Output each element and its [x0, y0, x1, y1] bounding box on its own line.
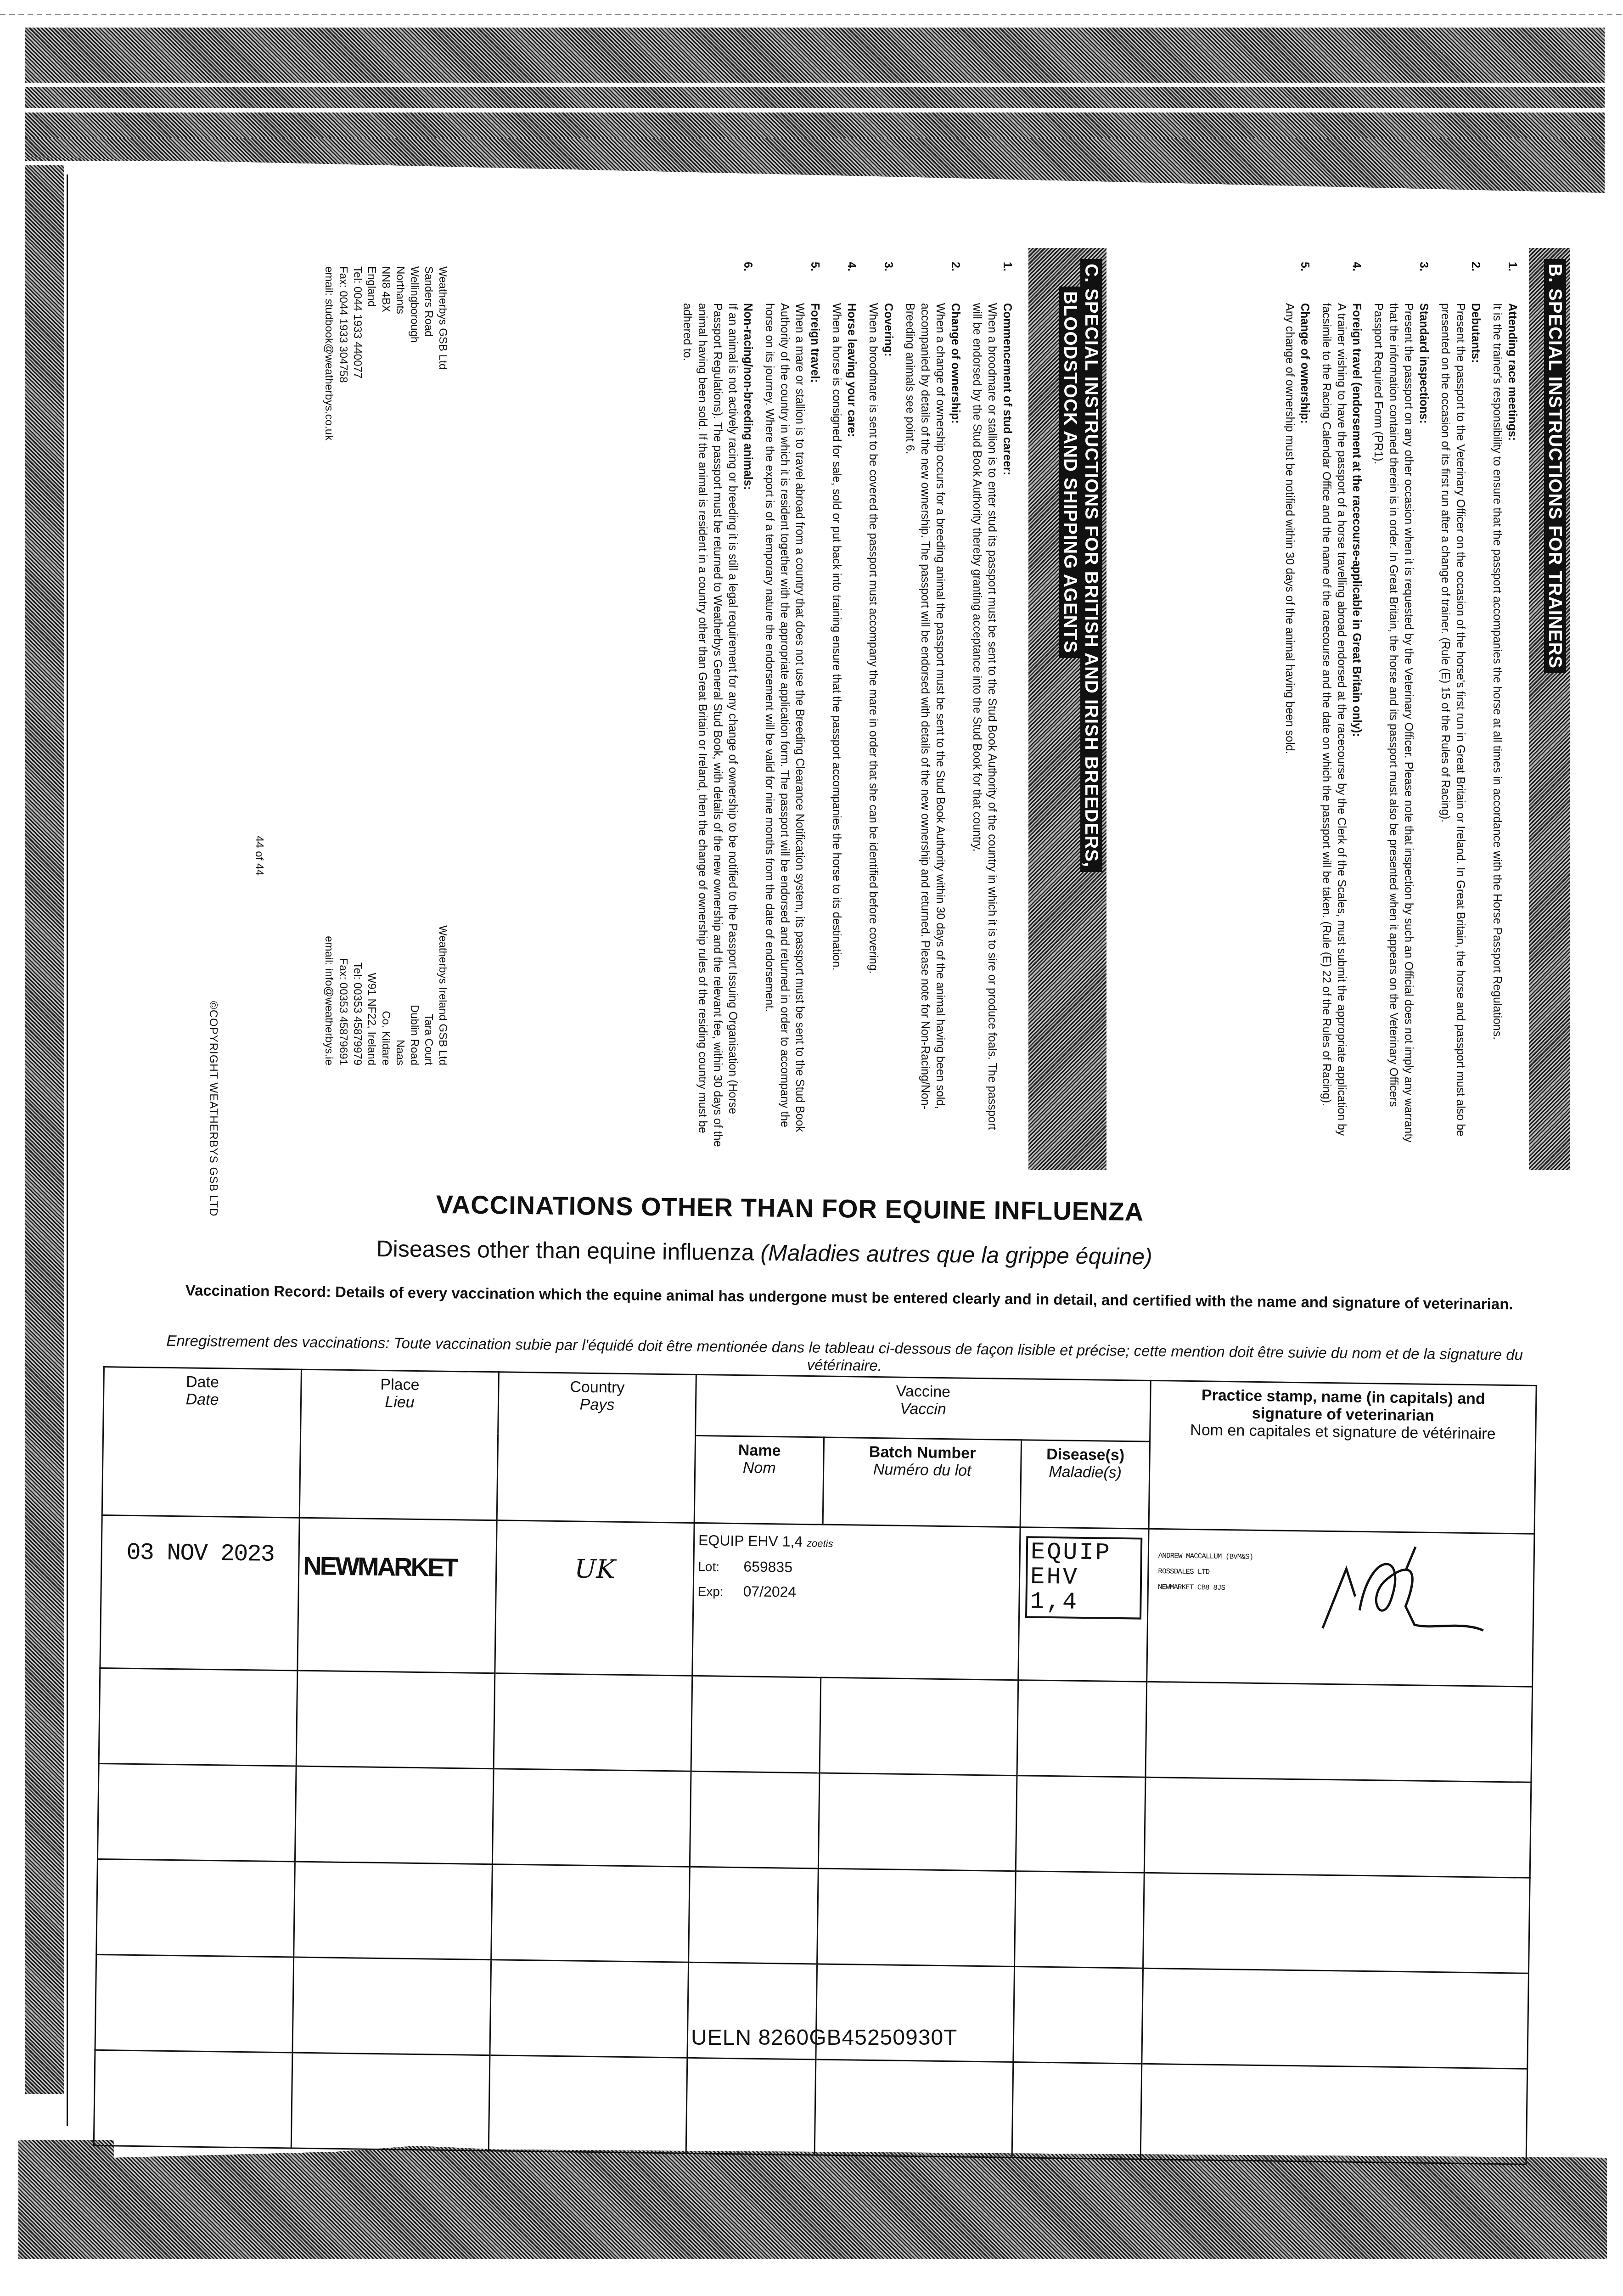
section-b-list: 1. Attending race meetings: It is the tr…: [1275, 248, 1520, 1148]
cell-place: [292, 1957, 491, 2055]
item-title: Covering:: [881, 303, 896, 1148]
item-title: Foreign travel:: [807, 303, 822, 1148]
stamp-line: ROSSDALES LTD: [1158, 1564, 1253, 1581]
item-body: A trainer wishing to have the passport o…: [1319, 303, 1349, 1148]
section-c-list: 1. Commencement of stud career: When a b…: [673, 248, 1015, 1148]
col-header-veterinarian: Practice stamp, name (in capitals) and s…: [1149, 1380, 1536, 1534]
cell-date: [97, 1763, 296, 1862]
item-body: When a change of ownership occurs for a …: [902, 303, 948, 1148]
section-b-item: 1. Attending race meetings: It is the tr…: [1489, 248, 1520, 1148]
cell-place: NEWMARKET: [298, 1518, 497, 1673]
vaccine-manufacturer: zoetis: [807, 1537, 833, 1549]
address-phone: Tel: 0044 1933 440077: [350, 266, 365, 440]
header-en: Batch Number: [828, 1443, 1016, 1463]
item-number: 1.: [1505, 262, 1520, 271]
cell-date: [95, 1954, 294, 2053]
address-line: Tara Court: [421, 891, 436, 1065]
item-body: Any change of ownership must be notified…: [1282, 303, 1297, 1148]
page-edge-line: [67, 174, 68, 2126]
cell-veterinarian: [1142, 1968, 1529, 2069]
vaccine-sticker: EQUIP EHV 1,4 zoetis Lot: 659835 Exp: 07…: [697, 1528, 1016, 1608]
item-body: When a broodmare or stallion is to enter…: [969, 303, 1000, 1148]
address-line: NN8 4BX: [379, 266, 393, 440]
vaccination-row: 03 NOV 2023 NEWMARKET UK EQUIP EHV 1,4 z…: [100, 1515, 1534, 1687]
rotated-instructions-page: B. SPECIAL INSTRUCTIONS FOR TRAINERS 1. …: [216, 248, 1570, 1189]
address-line: Co. Kildare: [379, 891, 393, 1065]
page-indicator: 44 of 44: [252, 836, 266, 876]
subtitle-fr: (Maladies autres que la grippe équine): [760, 1240, 1152, 1270]
header-en: Date: [108, 1372, 297, 1392]
cell-diseases: [1016, 1776, 1146, 1873]
vaccination-row-empty: [95, 1954, 1528, 2069]
section-c-item: 3. Covering: When a broodmare is sent to…: [865, 248, 896, 1148]
stamp-line: NEWMARKET CB8 8JS: [1158, 1579, 1253, 1596]
header-fr: Lieu: [385, 1393, 415, 1411]
section-b-title: B. SPECIAL INSTRUCTIONS FOR TRAINERS: [1544, 259, 1566, 673]
address-fax: Fax: 0044 1933 304758: [336, 266, 350, 440]
vaccination-row-empty: [94, 2050, 1527, 2164]
item-title: Non-racing/non-breeding animals:: [740, 303, 755, 1148]
item-title: Foreign travel (endorsement at the racec…: [1349, 303, 1364, 1148]
section-c-item: 4. Horse leaving your care: When a horse…: [829, 248, 859, 1148]
item-title: Change of ownership:: [948, 303, 963, 1148]
item-body: Present the passport to the Veterinary O…: [1438, 303, 1468, 1148]
item-title: Standard inspections:: [1416, 303, 1431, 1148]
col-header-vaccine: Vaccine Vaccin: [696, 1374, 1151, 1441]
cell-veterinarian: [1143, 1873, 1530, 1973]
vaccination-row-empty: [97, 1763, 1531, 1878]
cell-place: [291, 2053, 490, 2151]
cell-veterinarian: [1144, 1777, 1531, 1878]
header-fr: Numéro du lot: [873, 1461, 972, 1480]
item-number: 4.: [1349, 262, 1364, 271]
cell-diseases: [1012, 2062, 1142, 2160]
subtitle-en: Diseases other than equine influenza: [376, 1236, 754, 1266]
item-body: If an animal is not actively racing or b…: [680, 303, 740, 1148]
section-b-item: 4. Foreign travel (endorsement at the ra…: [1319, 248, 1364, 1148]
item-body: When a broodmare is sent to be covered t…: [865, 303, 881, 1148]
header-en: Name: [699, 1441, 819, 1460]
cell-vaccine-name: [689, 1867, 819, 1964]
cell-batch: [814, 2060, 1013, 2158]
cell-batch: [817, 1868, 1016, 1967]
cell-batch: [820, 1677, 1018, 1776]
cell-date: [99, 1668, 298, 1766]
item-body: It is the trainer's responsibility to en…: [1489, 303, 1505, 1148]
header-en: Country: [503, 1377, 691, 1397]
section-c-item: 1. Commencement of stud career: When a b…: [969, 248, 1015, 1148]
lot-number: 659835: [743, 1558, 792, 1575]
col-header-vaccine-name: Name Nom: [694, 1435, 824, 1525]
vaccinations-subtitle: Diseases other than equine influenza (Ma…: [376, 1235, 1152, 1270]
item-title: Commencement of stud career:: [1000, 303, 1015, 1148]
cell-vaccine-name-batch: EQUIP EHV 1,4 zoetis Lot: 659835 Exp: 07…: [692, 1523, 1020, 1680]
item-number: 3.: [1416, 262, 1431, 271]
practice-stamp: ANDREW MACCALLUM (BVM&S) ROSSDALES LTD N…: [1158, 1548, 1253, 1596]
section-c-item: 5. Foreign travel: When a mare or stalli…: [762, 248, 822, 1148]
veterinarian-signature: [1314, 1541, 1489, 1635]
cell-date: [94, 2050, 292, 2148]
header-fr: Nom: [743, 1459, 776, 1477]
vaccine-name: EQUIP EHV 1,4: [698, 1532, 803, 1550]
address-line: Sanders Road: [421, 266, 436, 440]
item-number: 5.: [807, 262, 822, 271]
cell-country: [491, 1864, 690, 1963]
cell-batch: [818, 1773, 1017, 1871]
cell-vaccine-name: [690, 1771, 820, 1868]
vaccination-row-empty: [99, 1668, 1532, 1782]
address-fax: Fax: 00353 45879691: [336, 891, 350, 1065]
address-line: Northants: [393, 266, 407, 440]
item-title: Horse leaving your care:: [844, 303, 859, 1148]
item-body: When a mare or stallion is to travel abr…: [762, 303, 807, 1148]
section-c-title-line1: C. SPECIAL INSTRUCTIONS FOR BRITISH AND …: [1080, 259, 1102, 872]
header-fr: Vaccin: [900, 1400, 946, 1418]
cell-diseases: [1013, 1967, 1143, 2064]
address-line: Weatherbys GSB Ltd: [436, 266, 450, 440]
address-line: Wellingborough: [407, 266, 421, 440]
item-number: 3.: [881, 262, 896, 271]
cell-vaccine-name: [691, 1676, 821, 1773]
cell-country: UK: [495, 1520, 694, 1676]
header-fr: Pays: [579, 1396, 614, 1414]
address-line: England: [365, 266, 379, 440]
copyright-notice: ©COPYRIGHT WEATHERBYS GSB LTD: [206, 1001, 220, 1216]
cell-veterinarian: ANDREW MACCALLUM (BVM&S) ROSSDALES LTD N…: [1147, 1529, 1534, 1687]
col-header-place: Place Lieu: [299, 1369, 499, 1520]
header-en: Disease(s): [1025, 1445, 1145, 1464]
item-title: Debutants:: [1468, 303, 1483, 1148]
section-b-item: 2. Debutants: Present the passport to th…: [1438, 248, 1483, 1148]
cell-place: [296, 1671, 495, 1769]
expiry-date: 07/2024: [743, 1583, 796, 1600]
col-header-batch-number: Batch Number Numéro du lot: [823, 1437, 1021, 1527]
cell-country: [492, 1769, 691, 1867]
cell-diseases: [1017, 1680, 1147, 1778]
cell-date: 03 NOV 2023: [100, 1515, 299, 1671]
cell-place: [294, 1862, 493, 1960]
section-c-item: 6. Non-racing/non-breeding animals: If a…: [680, 248, 755, 1148]
cell-diseases: EQUIP EHV 1,4: [1018, 1527, 1149, 1682]
section-c-title-line2: BLOODSTOCK AND SHIPPING AGENTS: [1059, 287, 1081, 658]
address-email: email: studbook@weatherbys.co.uk: [322, 266, 336, 440]
section-b-item: 3. Standard inspections: Present the pas…: [1370, 248, 1431, 1148]
address-email: email: info@weatherbys.ie: [322, 891, 336, 1065]
vaccinations-title: VACCINATIONS OTHER THAN FOR EQUINE INFLU…: [436, 1189, 1144, 1227]
col-header-diseases: Disease(s) Maladie(s): [1020, 1440, 1150, 1529]
cell-veterinarian: [1140, 2064, 1528, 2164]
address-phone: Tel: 00353 45879979: [350, 891, 365, 1065]
header-fr: Maladie(s): [1049, 1463, 1122, 1481]
cell-veterinarian: [1146, 1682, 1533, 1782]
item-number: 1.: [1000, 262, 1015, 271]
scan-artifact-line: [0, 14, 1623, 15]
item-title: Change of ownership:: [1297, 303, 1312, 1148]
cell-country: [489, 2055, 687, 2154]
address-line: Naas: [393, 891, 407, 1065]
cell-diseases: [1015, 1871, 1145, 1969]
item-body: When a horse is consigned for sale, sold…: [829, 303, 844, 1148]
contact-addresses: Weatherbys GSB Ltd Sanders Road Wellingb…: [234, 248, 450, 1148]
lot-label: Lot:: [698, 1555, 740, 1579]
cell-vaccine-name: [686, 2058, 816, 2155]
item-number: 5.: [1297, 262, 1312, 271]
cell-country: [490, 1960, 689, 2058]
address-ie: Weatherbys Ireland GSB Ltd Tara Court Du…: [322, 891, 450, 1065]
page-fold-shadow: [25, 138, 1605, 193]
cell-country: [494, 1673, 692, 1772]
expiry-label: Exp:: [697, 1580, 739, 1604]
section-b-header: B. SPECIAL INSTRUCTIONS FOR TRAINERS: [1529, 248, 1570, 1170]
item-body: Present the passport on any other occasi…: [1370, 303, 1416, 1148]
ueln-identifier: UELN 8260GB45250930T: [691, 2025, 957, 2050]
cell-date: [96, 1859, 295, 1957]
header-fr: Date: [185, 1390, 219, 1408]
header-en: Vaccine: [700, 1380, 1146, 1403]
address-gb: Weatherbys GSB Ltd Sanders Road Wellingb…: [322, 266, 450, 440]
item-number: 2.: [1468, 262, 1483, 271]
col-header-date: Date Date: [102, 1367, 301, 1518]
section-c-item: 2. Change of ownership: When a change of…: [902, 248, 963, 1148]
address-line: Weatherbys Ireland GSB Ltd: [436, 891, 450, 1065]
scan-left-border: [25, 165, 64, 2094]
section-b-item: 5. Change of ownership: Any change of ow…: [1282, 248, 1312, 1148]
vaccination-row-empty: [96, 1859, 1530, 1973]
col-header-country: Country Pays: [497, 1372, 696, 1523]
stamp-line: ANDREW MACCALLUM (BVM&S): [1158, 1548, 1253, 1565]
header-en: Place: [305, 1375, 494, 1395]
item-number: 6.: [740, 262, 755, 271]
section-c-header: C. SPECIAL INSTRUCTIONS FOR BRITISH AND …: [1028, 248, 1106, 1170]
address-line: W91 NF22, Ireland: [365, 891, 379, 1065]
header-en: Practice stamp, name (in capitals) and s…: [1155, 1386, 1532, 1426]
item-number: 4.: [844, 262, 859, 271]
address-line: Dublin Road: [407, 891, 421, 1065]
item-title: Attending race meetings:: [1505, 303, 1520, 1148]
instructions-en: Vaccination Record: Details of every vac…: [138, 1281, 1561, 1313]
cell-place: [295, 1766, 494, 1864]
item-number: 2.: [948, 262, 963, 271]
disease-stamp: EQUIP EHV 1,4: [1025, 1536, 1142, 1619]
